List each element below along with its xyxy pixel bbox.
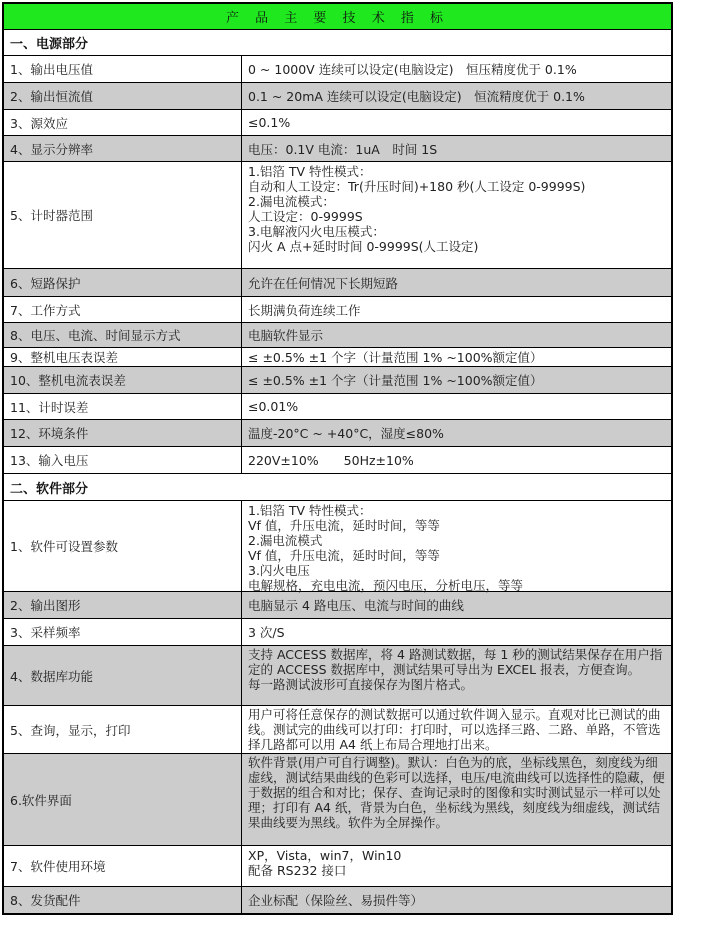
row-label: 5、计时器范围 (4, 162, 242, 268)
row-value: 允许在任何情况下长期短路 (242, 269, 671, 296)
section-heading-text: 二、软件部分 (10, 478, 88, 497)
row-value-wrapped: 软件背景(用户可自行调整)。默认：白色为的底，坐标线黑色，刻度线为细虚线，测试结… (242, 754, 671, 845)
table-row: 2、输出图形 电脑显示 4 路电压、电流与时间的曲线 (4, 591, 671, 618)
table-row: 8、电压、电流、时间显示方式 电脑软件显示 (4, 322, 671, 347)
row-value-multiline: XP，Vista，win7，Win10 配备 RS232 接口 (242, 846, 671, 886)
row-label: 7、软件使用环境 (4, 846, 242, 886)
table-title-text: 产 品 主 要 技 术 指 标 (226, 7, 449, 26)
row-value: ≤0.01% (242, 394, 671, 419)
table-row: 10、整机电流表误差 ≤ ±0.5% ±1 个字（计量范围 1% ~100%额定… (4, 366, 671, 393)
row-label: 3、源效应 (4, 110, 242, 135)
row-label: 3、采样频率 (4, 619, 242, 645)
row-label: 9、整机电压表误差 (4, 348, 242, 366)
row-value: 电压：0.1V 电流：1uA 时间 1S (242, 136, 671, 161)
table-row: 7、工作方式 长期满负荷连续工作 (4, 296, 671, 322)
row-value-wrapped: 用户可将任意保存的测试数据可以通过软件调入显示。直观对比已测试的曲线。测试完的曲… (242, 706, 671, 753)
row-value: 长期满负荷连续工作 (242, 297, 671, 322)
spec-table: 产 品 主 要 技 术 指 标 一、电源部分 1、输出电压值 0 ~ 1000V… (2, 2, 673, 915)
section-heading-software: 二、软件部分 (4, 473, 671, 500)
row-value: 电脑软件显示 (242, 323, 671, 347)
table-row: 4、数据库功能 支持 ACCESS 数据库，将 4 路测试数据，每 1 秒的测试… (4, 645, 671, 705)
row-label: 10、整机电流表误差 (4, 367, 242, 393)
row-label: 6.软件界面 (4, 754, 242, 845)
row-label: 8、电压、电流、时间显示方式 (4, 323, 242, 347)
section-heading-power: 一、电源部分 (4, 29, 671, 55)
row-label: 8、发货配件 (4, 887, 242, 913)
row-value-multiline: 1.铝箔 TV 特性模式： 自动和人工设定：Tr(升压时间)+180 秒(人工设… (242, 162, 671, 268)
table-row: 12、环境条件 温度-20°C ~ +40°C，湿度≤80% (4, 419, 671, 446)
row-value-multiline: 1.铝箔 TV 特性模式： Vf 值，升压电流，延时时间，等等 2.漏电流模式 … (242, 501, 671, 591)
row-label: 6、短路保护 (4, 269, 242, 296)
row-value: ≤ ±0.5% ±1 个字（计量范围 1% ~100%额定值） (242, 367, 671, 393)
row-value-wrapped: 支持 ACCESS 数据库，将 4 路测试数据，每 1 秒的测试结果保存在用户指… (242, 646, 671, 705)
row-label: 4、显示分辨率 (4, 136, 242, 161)
row-value: 220V±10% 50Hz±10% (242, 447, 671, 473)
table-row: 5、计时器范围 1.铝箔 TV 特性模式： 自动和人工设定：Tr(升压时间)+1… (4, 161, 671, 268)
table-row: 3、源效应 ≤0.1% (4, 109, 671, 135)
table-row: 8、发货配件 企业标配（保险丝、易损件等） (4, 886, 671, 913)
row-value: 3 次/S (242, 619, 671, 645)
row-value: 0.1 ~ 20mA 连续可以设定(电脑设定) 恒流精度优于 0.1% (242, 83, 671, 109)
row-label: 5、查询，显示，打印 (4, 706, 242, 753)
table-row: 4、显示分辨率 电压：0.1V 电流：1uA 时间 1S (4, 135, 671, 161)
row-value: ≤0.1% (242, 110, 671, 135)
row-value: 0 ~ 1000V 连续可以设定(电脑设定) 恒压精度优于 0.1% (242, 56, 671, 82)
table-row: 6、短路保护 允许在任何情况下长期短路 (4, 268, 671, 296)
table-row: 9、整机电压表误差 ≤ ±0.5% ±1 个字（计量范围 1% ~100%额定值… (4, 347, 671, 366)
row-value: ≤ ±0.5% ±1 个字（计量范围 1% ~100%额定值） (242, 348, 671, 366)
table-row: 11、计时误差 ≤0.01% (4, 393, 671, 419)
row-value: 企业标配（保险丝、易损件等） (242, 887, 671, 913)
row-label: 1、软件可设置参数 (4, 501, 242, 591)
table-row: 13、输入电压 220V±10% 50Hz±10% (4, 446, 671, 473)
table-row: 1、软件可设置参数 1.铝箔 TV 特性模式： Vf 值，升压电流，延时时间，等… (4, 500, 671, 591)
row-label: 7、工作方式 (4, 297, 242, 322)
table-row: 2、输出恒流值 0.1 ~ 20mA 连续可以设定(电脑设定) 恒流精度优于 0… (4, 82, 671, 109)
table-row: 5、查询，显示，打印 用户可将任意保存的测试数据可以通过软件调入显示。直观对比已… (4, 705, 671, 753)
row-label: 4、数据库功能 (4, 646, 242, 705)
table-row: 7、软件使用环境 XP，Vista，win7，Win10 配备 RS232 接口 (4, 845, 671, 886)
table-row: 6.软件界面 软件背景(用户可自行调整)。默认：白色为的底，坐标线黑色，刻度线为… (4, 753, 671, 845)
table-title: 产 品 主 要 技 术 指 标 (4, 4, 671, 29)
row-label: 2、输出图形 (4, 592, 242, 618)
row-label: 13、输入电压 (4, 447, 242, 473)
table-row: 1、输出电压值 0 ~ 1000V 连续可以设定(电脑设定) 恒压精度优于 0.… (4, 55, 671, 82)
row-value: 温度-20°C ~ +40°C，湿度≤80% (242, 420, 671, 446)
row-value: 电脑显示 4 路电压、电流与时间的曲线 (242, 592, 671, 618)
row-label: 2、输出恒流值 (4, 83, 242, 109)
table-row: 3、采样频率 3 次/S (4, 618, 671, 645)
row-label: 12、环境条件 (4, 420, 242, 446)
section-heading-text: 一、电源部分 (10, 33, 88, 52)
row-label: 1、输出电压值 (4, 56, 242, 82)
row-label: 11、计时误差 (4, 394, 242, 419)
